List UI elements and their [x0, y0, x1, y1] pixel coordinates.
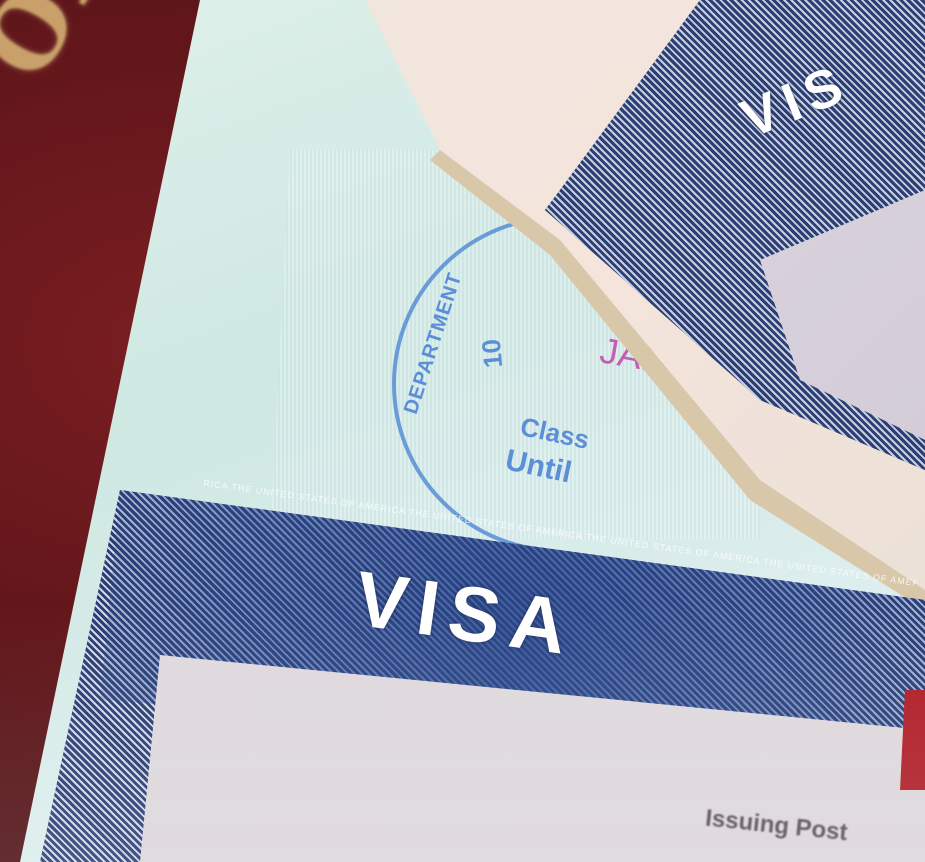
stamp-number: 10 — [476, 338, 509, 370]
